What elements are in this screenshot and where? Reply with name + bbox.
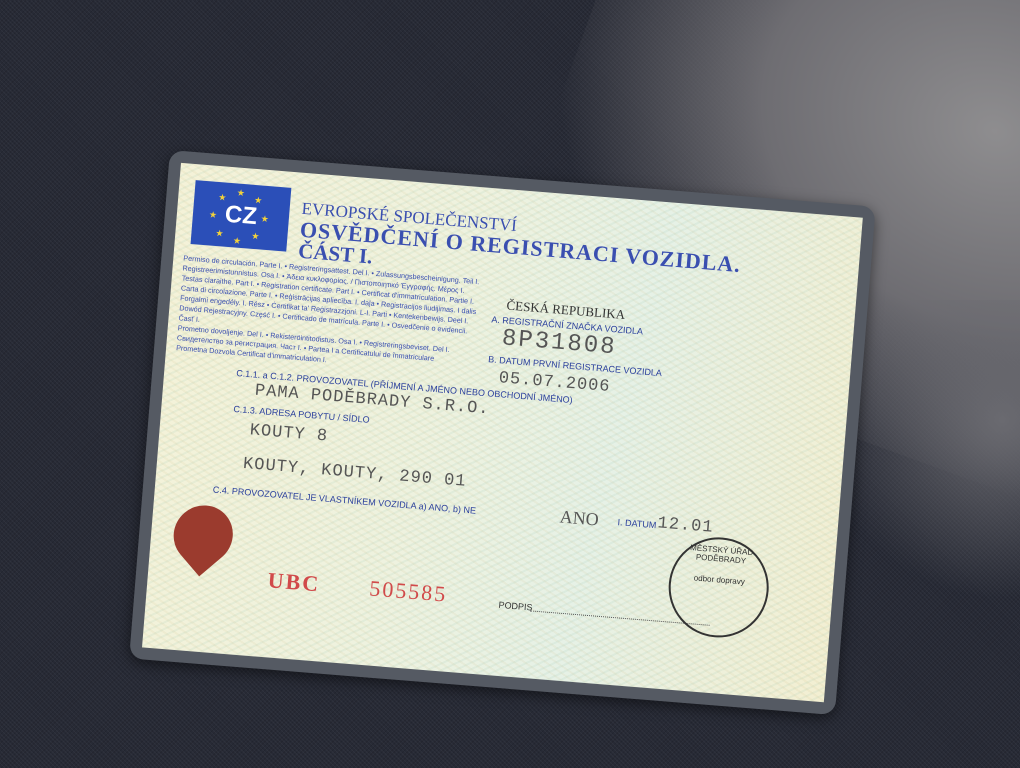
country-code: CZ xyxy=(192,198,290,234)
multilingual-titles: Permiso de circulación. Parte I. • Regis… xyxy=(176,253,483,377)
field-i-date: 12.01 xyxy=(657,514,714,537)
address-line-2: KOUTY, KOUTY, 290 01 xyxy=(242,455,467,492)
registration-certificate: ★ ★ ★ ★ ★ ★ ★ ★ CZ EVROPSKÉ SPOLEČENSTVÍ… xyxy=(142,163,863,702)
serial-series: UBC xyxy=(267,567,321,597)
owner-answer: ANO xyxy=(559,506,600,530)
serial-number: 505585 xyxy=(368,575,448,607)
eu-flag-icon: ★ ★ ★ ★ ★ ★ ★ ★ CZ xyxy=(191,180,292,251)
official-stamp: MĚSTSKÝ ÚŘAD PODĚBRADY odbor dopravy xyxy=(665,534,773,642)
linden-leaf-icon xyxy=(162,493,245,576)
laminated-card: ★ ★ ★ ★ ★ ★ ★ ★ CZ EVROPSKÉ SPOLEČENSTVÍ… xyxy=(129,150,876,715)
address-line-1: KOUTY 8 xyxy=(249,421,329,446)
field-i-label: I. DATUM xyxy=(617,517,657,530)
signature-label: PODPIS xyxy=(498,600,533,613)
